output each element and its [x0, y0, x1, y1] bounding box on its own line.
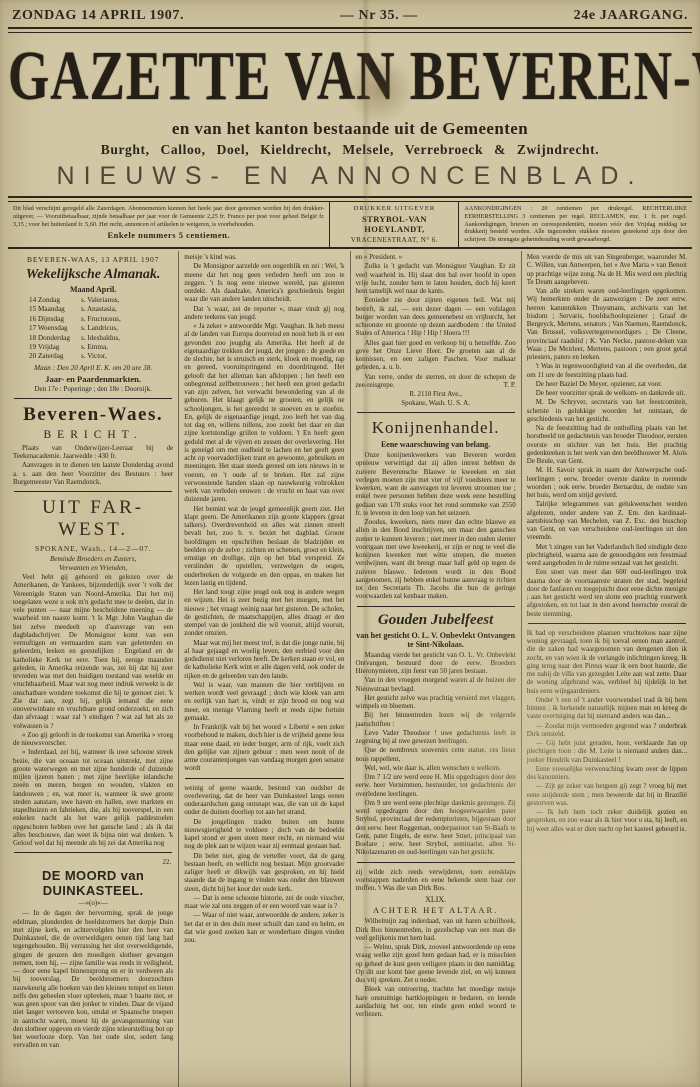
block-pcont: en « President. »	[356, 253, 516, 261]
almanac-day: 14 Zondag	[13, 296, 77, 305]
almanac-row: 17 Woensdags. Landricus,	[13, 324, 173, 333]
correspondent-signature: T. P.	[495, 381, 516, 389]
advertising-text: AANKONDIGINGEN : 20 centiemen per drukre…	[464, 205, 687, 244]
block-subheadbold: Eene waarschuwing van belang.	[356, 440, 516, 449]
single-copy-price: Enkele nummers 5 centiemen.	[13, 230, 324, 241]
publisher-role: DRUKKER UITGEVER	[335, 205, 453, 212]
almanac-day: 19 Vrijdag	[13, 343, 77, 352]
masthead-title: GAZETTE VAN BEVEREN-WAAS	[8, 37, 692, 116]
almanac-row: 16 Dijnsdags. Fructuosus,	[13, 315, 173, 324]
block-p: Een stoet van meer dan 600 oud-leerlinge…	[527, 568, 687, 618]
subscription-info: Dit blad verschijnt geregeld alle Zaterd…	[8, 202, 329, 247]
almanac-day: 16 Dijnsdag	[13, 315, 77, 324]
header-rule	[8, 27, 692, 33]
masthead-tagline: NIEUWS- EN ANNONCENBLAD.	[8, 162, 692, 191]
almanac-saint: s. Landricus,	[77, 324, 173, 333]
heading-konijnenhandel: Konijnenhandel.	[356, 418, 516, 438]
masthead-subtitle: en van het kanton bestaande uit de Gemee…	[8, 119, 692, 139]
block-p: Que de nombreux souvenirs cette statue, …	[356, 746, 516, 763]
block-p: Zulks is 't gedacht van Monsignor Vaugha…	[356, 262, 516, 295]
block-p: — In de dagen der hervorming, sprak de j…	[13, 909, 173, 1049]
column-4: Men voerde de mis uit van Singenberger, …	[521, 251, 692, 1087]
block-p: Van verre, onder de sterren, en door de …	[356, 373, 516, 390]
almanac-day: 17 Woensdag	[13, 324, 77, 333]
block-p: Maandag vierde het gesticht van O. L. Vr…	[356, 651, 516, 676]
block-p: Wilhelmijn zag inderdaad, van uit haren …	[356, 917, 516, 942]
block-centersm: Spokane, Wash. U. S. A.	[356, 399, 516, 407]
block-rule	[14, 852, 172, 853]
publisher-address: VRACENESTRAAT, N° 6.	[335, 236, 453, 244]
block-feuilnum: 22.	[15, 858, 171, 866]
dateline-beveren-waas: BEVEREN-WAAS, 13 APRIL 1907	[13, 255, 173, 264]
almanac-row: 14 Zondags. Valerianus,	[13, 296, 173, 305]
block-pcont: weinig of geene waarde, bestond van ouds…	[184, 784, 344, 817]
newspaper-page: { "page": { "paper_color": "#d2c7a4", "i…	[0, 0, 700, 1087]
block-p: Dat 's waar, zei de reporter », maar vin…	[184, 305, 344, 322]
correspondent-address: R. 2110 First Ave.,	[356, 390, 516, 398]
block-p: — Zijt ge zeker van hetgeen gij zegt ? v…	[527, 782, 687, 807]
almanac-row: 20 Zaterdags. Victor,	[13, 352, 173, 361]
block-p: Dit belet niet, ging de verteller voort,…	[184, 852, 344, 893]
block-p: Het gesticht zelve was prachtig versierd…	[356, 694, 516, 711]
block-p: M. H. Savoir sprak in naam der Antwerpsc…	[527, 466, 687, 499]
block-italiccenter: Maan : Den 20 April E. K. om 20 ure 38.	[13, 364, 173, 372]
block-centersm: Den 17e : Poperinge ; den 18e : Doornijk…	[13, 385, 173, 393]
column-3: en « President. »Zulks is 't gedacht van…	[350, 251, 521, 1087]
block-p: De Monsignor aarzelde een oogenblik en z…	[184, 262, 344, 303]
block-p: — Dat is eene schoone historie, zei de o…	[184, 894, 344, 911]
block-p: Bij het binnentreden lezen wij de volgen…	[356, 711, 516, 728]
block-p: « Inderdaad, zei hij, wanneer ik uwe sch…	[13, 748, 173, 847]
heading-bericht: BERICHT.	[13, 429, 173, 441]
block-p: Om 9 ure werd eene plechtige dankmis gez…	[356, 799, 516, 857]
block-p: Eene vreeselijke verwensching kwam over …	[527, 765, 687, 782]
block-p: — Welnu, sprak Dirk, zooveel antwoordend…	[356, 943, 516, 984]
block-p: « Ja zeker » antwoordde Mgr. Vaughan. Ik…	[184, 322, 344, 504]
almanac-saint: s. Idesbaldus,	[77, 334, 173, 343]
block-p: Talrijke telegrammen van gelukwenschen w…	[527, 500, 687, 541]
almanac-day: 20 Zaterdag	[13, 352, 77, 361]
block-rule	[357, 606, 515, 607]
block-rule	[357, 862, 515, 863]
block-p: Onder 't een of 't ander voorwendsel tra…	[527, 696, 687, 721]
issue-date: ZONDAG 14 APRIL 1907.	[12, 8, 184, 24]
block-p: Onze konijnenkweekers van Beveren worden…	[356, 451, 516, 517]
block-rule	[357, 412, 515, 413]
block-p: Leve Vader Theodoor ! uwe gedachtenis le…	[356, 729, 516, 746]
column-2: meisje 's kind was.De Monsignor aarzelde…	[178, 251, 349, 1087]
body-columns: BEVEREN-WAAS, 13 APRIL 1907Wekelijksche …	[8, 251, 692, 1087]
block-italiccenter: Beminde Broeders en Zusters,	[13, 555, 173, 563]
block-p: Na de feestzitting had de onthulling pla…	[527, 424, 687, 465]
almanac-saint: s. Fructuosus,	[77, 315, 173, 324]
block-p: Om 7 1/2 ure werd eene H. Mis opgedragen…	[356, 773, 516, 798]
block-p: Het bemint wat de jeugd gemeenlijk geern…	[184, 505, 344, 588]
block-rule	[185, 778, 343, 779]
block-pcont: zij wilde zich reeds verwijderen, toen e…	[356, 868, 516, 893]
block-p: Wel, wel, wie daar is, allen wenschen u …	[356, 764, 516, 772]
block-pcont: meisje 's kind was.	[184, 253, 344, 261]
almanac-saint: s. Victor,	[77, 352, 173, 361]
block-p: Plaats van Onderwijzer-Leeraar bij de Te…	[13, 444, 173, 461]
top-info-row: ZONDAG 14 APRIL 1907. — Nr 35. — 24e JAA…	[8, 6, 692, 25]
block-p: Veel hebt gij gehoord en gelezen over de…	[13, 573, 173, 730]
block-p: — Ik heb hem toch zeker duidelijk gezien…	[527, 808, 687, 833]
publication-info-bar: Dit blad verschijnt geregeld alle Zaterd…	[8, 202, 692, 249]
block-p: Eenieder zie door zijnen eigenen heil. W…	[356, 296, 516, 337]
almanac-row: 18 Donderdags. Idesbaldus,	[13, 334, 173, 343]
block-p: In Frankrijk valt bij het woord « Libert…	[184, 723, 344, 773]
almanac-row: 19 Vrijdags. Emma,	[13, 343, 173, 352]
block-p: Het land toogt zijne jeugd ook nog in an…	[184, 588, 344, 638]
almanac-day: 15 Maandag	[13, 305, 77, 314]
almanac-saint: s. Valerianus,	[77, 296, 173, 305]
volume-label: 24e JAARGANG.	[574, 8, 688, 24]
almanac-saint: s. Emma,	[77, 343, 173, 352]
ornament-divider: —»(o)«—	[13, 899, 173, 907]
chapter-title-achter-het-altaar: ACHTER HET ALTAAR.	[356, 905, 516, 915]
block-rule	[14, 398, 172, 399]
heading-gouden-jubelfeest: Gouden Jubelfeest	[356, 612, 516, 629]
heading-jaar-en-paardenmarkten: Jaar- en Paardenmarkten.	[13, 374, 173, 384]
block-pcont: Ik had op verscheidene plaatsen vruchtel…	[527, 629, 687, 695]
block-p: Zoodus, kweekers, niets meer dan echte b…	[356, 518, 516, 601]
almanac-row: 15 Maandags. Anastasia,	[13, 305, 173, 314]
block-p: Bleek van ontroering, trachtte het moedi…	[356, 985, 516, 1018]
block-dateline: SPOKANE, Wash., 14—2—07.	[13, 544, 173, 553]
block-p: — Waar of niet waar, antwoordde de ander…	[184, 911, 344, 944]
block-p: M. De Schryver, secretaris van het feest…	[527, 398, 687, 423]
chapter-number: XLIX.	[356, 895, 516, 904]
block-p: Wel is waar, van mannen die hier verblij…	[184, 681, 344, 722]
block-p: Maar wat mij het meest trof, is dat die …	[184, 639, 344, 680]
block-p: Alles gaat hier goed en verkoop bij u he…	[356, 339, 516, 372]
block-p: Van alle streken waren oud-leerlingen op…	[527, 287, 687, 361]
publisher-info: DRUKKER UITGEVER STRYBOL-VAN HOEYLANDT, …	[329, 202, 459, 247]
heading-wekelijksche-almanak: Wekelijksche Almanak.	[13, 267, 173, 283]
towns-line: Burght, Calloo, Doel, Kieldrecht, Melsel…	[8, 142, 692, 158]
block-italiccenter: Verwanten en Vrienden,	[13, 564, 173, 572]
block-rule	[528, 623, 686, 624]
block-subheadbold: van het gesticht O. L. V. Onbevlekt Ontv…	[356, 631, 516, 649]
block-p: De heer voorzitter sprak de welkom- en d…	[527, 389, 687, 397]
almanac-table: 14 Zondags. Valerianus,15 Maandags. Anas…	[13, 296, 173, 362]
block-p: Met 't zingen van het Vaderlandsch lied …	[527, 543, 687, 568]
heading-beveren-waes: Beveren-Waes.	[13, 404, 173, 426]
column-1: BEVEREN-WAAS, 13 APRIL 1907Wekelijksche …	[8, 251, 178, 1087]
subheading-maand-april: Maand April.	[13, 285, 173, 294]
block-p: — Gij hebt juist geraden, hoor, verklaar…	[527, 739, 687, 764]
feuilleton-title: DE MOORD van DUINKASTEEL.	[13, 868, 173, 898]
block-p: 't Was in tegenwoordigheid van al die ov…	[527, 362, 687, 379]
block-pcont: Men voerde de mis uit van Singenberger, …	[527, 253, 687, 286]
block-rule	[14, 491, 172, 492]
subscription-text: Dit blad verschijnt geregeld alle Zaterd…	[13, 205, 324, 228]
block-p: De heer Baziel De Meyer, opziener, zat v…	[527, 380, 687, 388]
block-p: De jongelingen traden buiten om hunne ni…	[184, 818, 344, 851]
heading-uit-far-west: UIT FAR-WEST.	[13, 497, 173, 541]
advertising-info: AANKONDIGINGEN : 20 centiemen per drukre…	[459, 202, 692, 247]
block-p: « Zoo gij gelooft in de toekomst van Ame…	[13, 731, 173, 748]
almanac-day: 18 Donderdag	[13, 334, 77, 343]
block-p: — Zoodat mijn vermoeden gegrond was ? on…	[527, 722, 687, 739]
newspaper-front-page: ZONDAG 14 APRIL 1907. — Nr 35. — 24e JAA…	[0, 0, 700, 1087]
almanac-saint: s. Anastasia,	[77, 305, 173, 314]
block-p: Aanvragen in te dienen ten laatste Donde…	[13, 461, 173, 486]
publisher-name: STRYBOL-VAN HOEYLANDT,	[335, 214, 453, 234]
issue-number: — Nr 35. —	[340, 8, 418, 24]
block-p: Van in den vroegen morgend waren al de h…	[356, 676, 516, 693]
